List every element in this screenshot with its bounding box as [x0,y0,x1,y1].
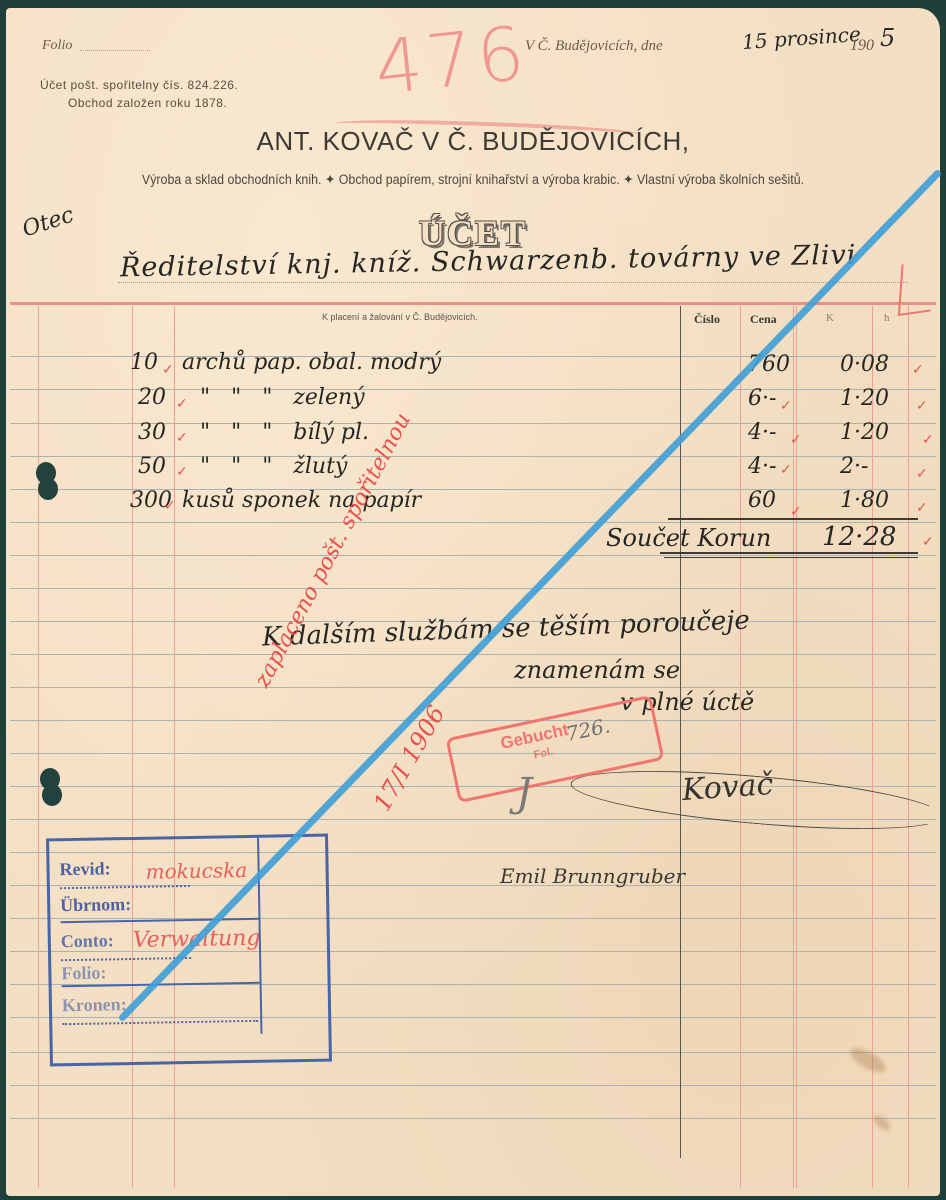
sum-rule-bottom [660,552,918,554]
red-check-icon: ✓ [922,534,934,550]
stamp-folio-label: Folio: [61,962,106,984]
row-amount: 1·20 [840,420,889,445]
row-item: " " " zelený [200,385,365,410]
red-check-icon: ✓ [176,430,188,446]
column-header-k: K [826,312,834,324]
stamp-revid-label: Revid: [59,858,110,880]
place-date-label: V Č. Budějovicích, dne [525,38,663,55]
punch-hole [42,784,62,806]
row-qty: 50 [138,454,166,479]
signature: Kovač [681,767,775,808]
postal-savings-account: Účet pošt. spořitelny čís. 824.226. [40,78,238,92]
column-header-cena: Cena [750,312,777,327]
stamp-divider [60,918,258,923]
red-check-icon: ✓ [162,362,174,378]
row-price: 4·- [748,454,776,479]
company-tagline: Výroba a sklad obchodních knih. ✦ Obchod… [38,172,908,188]
row-item: kusů sponek na papír [182,488,421,513]
row-qty: 20 [138,385,166,410]
row-price: 4·- [748,420,776,445]
red-check-icon: ✓ [916,398,928,414]
stamp-dots [62,1020,258,1025]
company-name: ANT. KOVAČ V Č. BUDĚJOVICÍCH, [0,126,946,157]
handwritten-year-digit: 5 [880,24,895,52]
row-item: " " " bílý pl. [200,420,369,445]
red-check-icon: ✓ [922,432,934,448]
stamp-revid-value: mokucska [145,858,247,884]
closing-line-2: znamenám se [514,656,680,684]
red-check-icon: ✓ [176,396,188,412]
founded-line: Obchod založen roku 1878. [68,96,227,110]
gebucht-fol-label: Fol. [533,746,555,762]
stamp-ubernom-label: Übrnom: [60,894,131,916]
red-check-icon: ✓ [916,466,928,482]
red-check-icon: ✓ [780,398,792,414]
row-item: archů pap. obal. modrý [182,350,441,375]
red-check-icon: ✓ [790,432,802,448]
gebucht-initial: J [516,770,532,816]
second-signature: Emil Brunngruber [500,864,685,888]
red-check-icon: ✓ [164,498,176,514]
row-amount: 0·08 [840,352,889,377]
red-check-icon: ✓ [916,500,928,516]
gebucht-number: 726. [564,713,613,746]
red-check-icon: ✓ [780,462,792,478]
column-header-cislo: Číslo [694,312,720,327]
punch-hole [38,478,58,500]
row-qty: 30 [138,420,166,445]
total-label: Součet Korun [606,524,771,552]
row-amount: 1·80 [840,488,889,513]
total-value: 12·28 [822,522,896,552]
printed-year: 190 [850,37,874,55]
row-price: 60 [748,488,776,513]
red-check-icon: ✓ [176,464,188,480]
column-header-h: h [884,312,890,324]
row-amount: 2·- [840,454,868,479]
red-check-icon: ✓ [912,362,924,378]
folio-dotted-line [80,50,150,51]
header-rule [10,302,936,305]
red-check-icon [898,260,934,316]
sum-rule-top [668,518,918,520]
red-invoice-number: 476 [371,10,532,112]
recipient-dotted-line [118,282,908,283]
row-qty: 10 [130,350,158,375]
stamp-conto-label: Conto: [61,930,114,952]
sum-rule-double [664,557,918,558]
stamp-dots [60,885,190,889]
row-item: " " " žlutý [200,454,347,479]
stamp-kronen-label: Kronen: [62,994,127,1016]
row-amount: 1·20 [840,386,889,411]
payment-terms-note: K placení a žalování v Č. Budějovicích. [322,312,478,322]
row-price: 6·- [748,386,776,411]
folio-label: Folio [42,38,72,54]
